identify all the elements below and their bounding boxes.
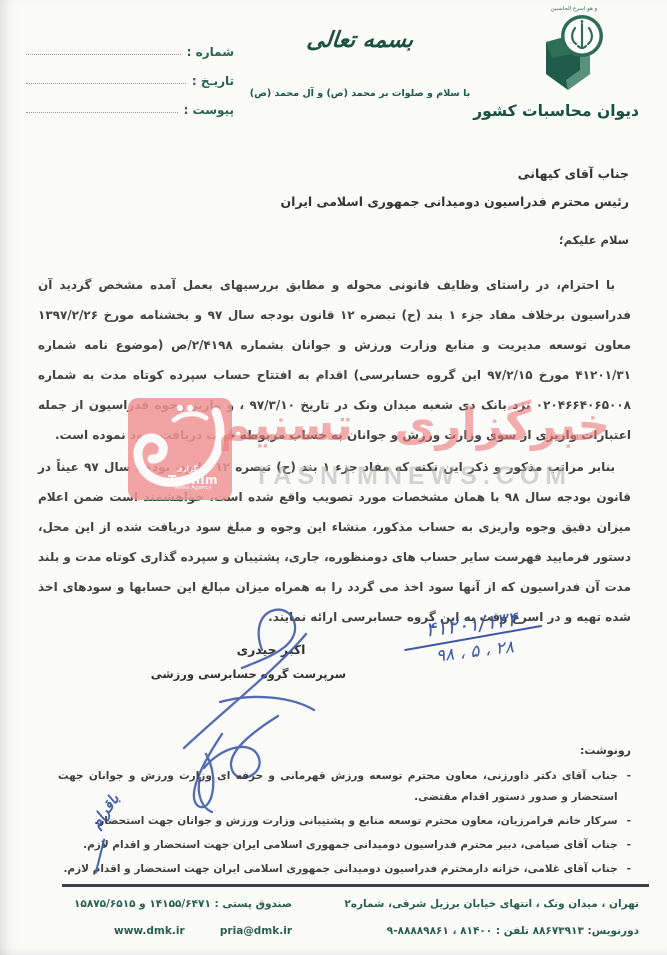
- signer-block: اکبر حیدری سرپرست گروه حسابرسی ورزشی: [196, 642, 346, 681]
- cc-item-dash: -: [627, 859, 631, 880]
- field-attachment-blank-line: [26, 111, 178, 113]
- body-paragraph-1: با احترام، در راستای وظایف قانونی محوله …: [38, 270, 631, 450]
- scanned-letter-page: شماره : تاریـخ : پیوست : بسمه تعالی با س…: [0, 0, 667, 955]
- cc-item-text: جناب آقای غلامی، خزانه دارمحترم فدراسیون…: [63, 859, 617, 880]
- field-date-label: تاریـخ :: [192, 74, 234, 88]
- footer-email: pria@dmk.ir: [220, 925, 292, 937]
- footer-phone-fax: دورنویس: ۸۸۶۷۳۹۱۳ تلفن : ۸۱۴۰۰ ، ۸۸۸۸۹۸۶…: [344, 925, 639, 937]
- footer-divider: [62, 884, 649, 887]
- footer-contact-block: صندوق پستی : ۱۴۱۵۵/۶۴۷۱ و ۱۵۸۷۵/۶۵۱۵ www…: [60, 898, 292, 937]
- audit-court-emblem-icon: [528, 12, 620, 96]
- cc-item-dash: -: [627, 835, 631, 856]
- field-date-blank-line: [26, 82, 186, 84]
- field-number-label: شماره :: [187, 45, 234, 59]
- field-number-blank-line: [26, 53, 181, 55]
- footer-pobox: صندوق پستی : ۱۴۱۵۵/۶۴۷۱ و ۱۵۸۷۵/۶۵۱۵: [60, 898, 292, 910]
- cc-section: رونوشت: - جناب آقای دکتر داورزنی، معاون …: [58, 744, 631, 883]
- cc-item: - جناب آقای دکتر داورزنی، معاون محترم تو…: [58, 766, 631, 808]
- footer-address-block: تهران ، میدان ونک ، انتهای خیابان برزیل …: [344, 898, 639, 937]
- cc-item-text: سرکار خانم فرامرزیان، معاون محترم توسعه …: [94, 811, 617, 832]
- field-date: تاریـخ :: [16, 59, 234, 88]
- greeting-line: سلام علیکم؛: [280, 233, 629, 247]
- salawat-line: با سلام و صلوات بر محمد (ص) و آل محمد (ص…: [230, 88, 490, 99]
- field-attachment: پیوست :: [16, 88, 234, 117]
- footer-website: www.dmk.ir: [114, 925, 185, 937]
- signer-name: اکبر حیدری: [196, 642, 346, 657]
- cc-item: - جناب آقای صیامی، دبیر محترم فدراسیون د…: [58, 835, 631, 856]
- signer-title: سرپرست گروه حسابرسی ورزشی: [196, 667, 346, 681]
- recipient-title: رئیس محترم فدراسیون دومیدانی جمهوری اسلا…: [280, 194, 629, 209]
- cc-item-dash: -: [627, 811, 631, 832]
- cc-item: - سرکار خانم فرامرزیان، معاون محترم توسع…: [58, 811, 631, 832]
- cc-item-dash: -: [627, 766, 631, 808]
- org-header: و هو اسرع الحاسبین دیوان محاسبات کشور: [509, 6, 639, 120]
- cc-heading: رونوشت:: [58, 744, 631, 757]
- besmellah-calligraphy: بسمه تعالی: [254, 28, 467, 53]
- recipient-block: جناب آقای کیهانی رئیس محترم فدراسیون دوم…: [280, 166, 629, 247]
- footer-address: تهران ، میدان ونک ، انتهای خیابان برزیل …: [344, 898, 639, 910]
- cc-item: - جناب آقای غلامی، خزانه دارمحترم فدراسی…: [58, 859, 631, 880]
- letter-meta-fields: شماره : تاریـخ : پیوست :: [16, 30, 234, 117]
- org-name: دیوان محاسبات کشور: [509, 102, 639, 120]
- cc-item-text: جناب آقای دکتر داورزنی، معاون محترم توسع…: [58, 766, 618, 808]
- field-attachment-label: پیوست :: [184, 103, 234, 117]
- field-number: شماره :: [16, 30, 234, 59]
- recipient-name: جناب آقای کیهانی: [280, 166, 629, 181]
- cc-item-text: جناب آقای صیامی، دبیر محترم فدراسیون دوم…: [83, 835, 618, 856]
